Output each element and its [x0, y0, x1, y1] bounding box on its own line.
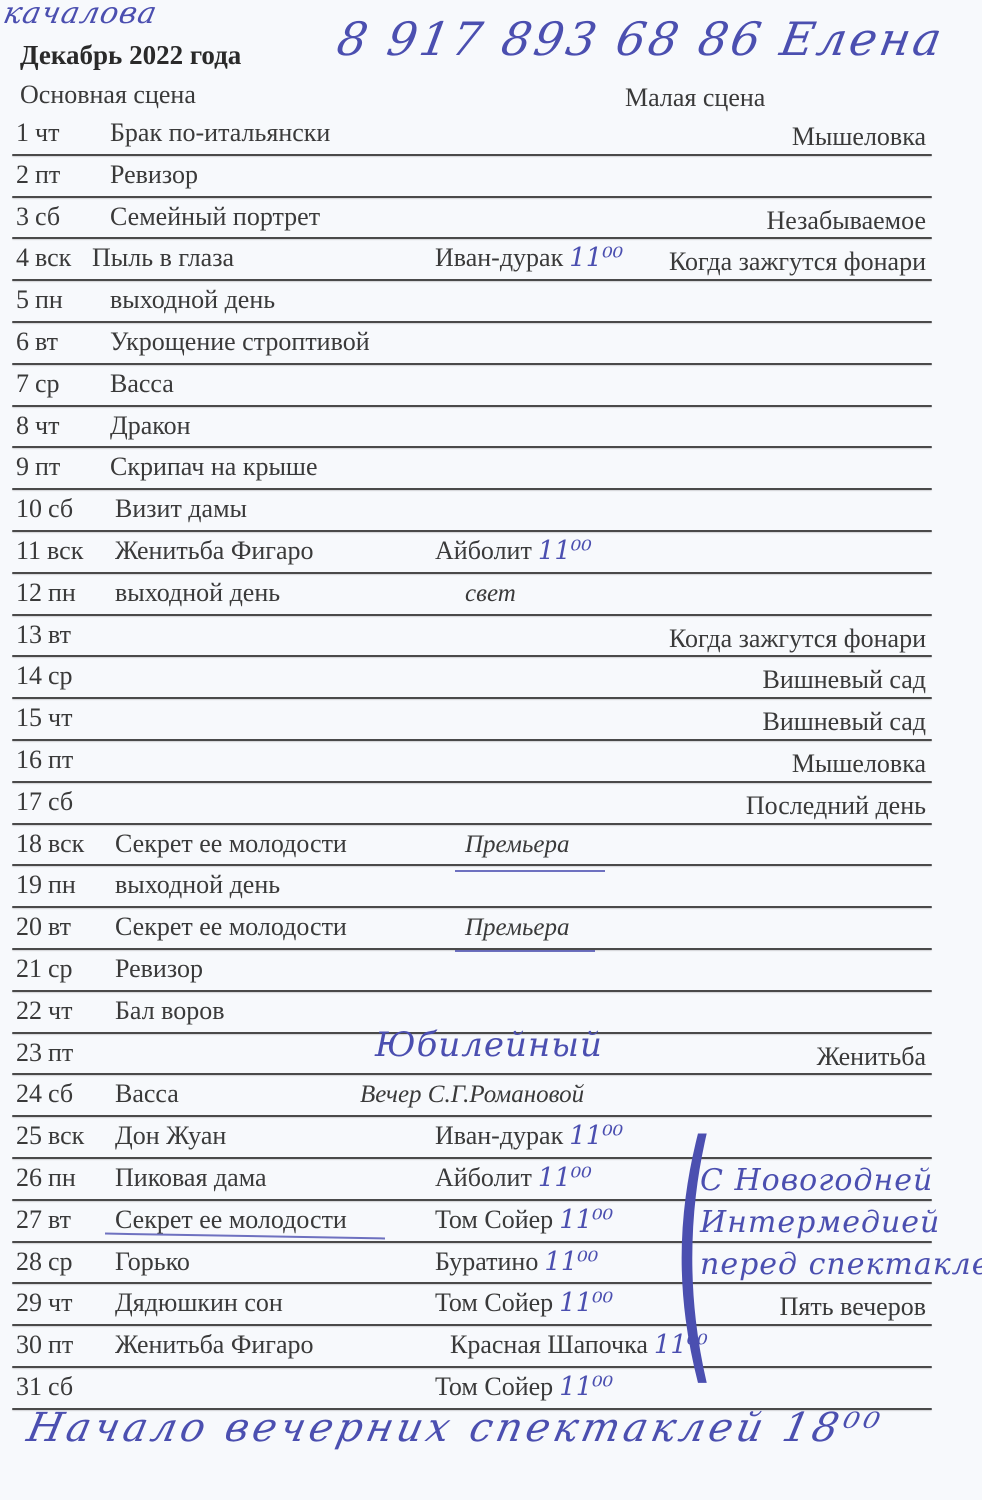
show-note: Премьера	[465, 914, 569, 942]
note-line: Интермедией	[700, 1202, 982, 1244]
main-stage-show: Брак по-итальянски	[110, 118, 330, 148]
day-cell: 30пт	[16, 1330, 73, 1360]
table-row: 5пнвыходной день	[0, 281, 982, 323]
day-of-week: чт	[35, 411, 59, 440]
main-stage-show: Васса	[110, 369, 174, 399]
day-number: 15	[16, 703, 42, 732]
day-of-week: чт	[48, 703, 72, 732]
day-cell: 27вт	[16, 1205, 71, 1235]
day-cell: 16пт	[16, 745, 73, 775]
table-row: 16птМышеловка	[0, 741, 982, 783]
table-row: 17сбПоследний день	[0, 783, 982, 825]
day-of-week: пт	[48, 1330, 73, 1359]
day-of-week: вт	[48, 620, 71, 649]
main-stage-show: Секрет ее молодости	[115, 912, 347, 942]
day-number: 28	[16, 1247, 42, 1276]
table-row: 10сбВизит дамы	[0, 490, 982, 532]
day-of-week: вт	[48, 1205, 71, 1234]
table-row: 13втКогда зажгутся фонари	[0, 616, 982, 658]
day-number: 24	[16, 1079, 42, 1108]
day-cell: 3сб	[16, 202, 60, 232]
day-number: 7	[16, 369, 29, 398]
table-row: 11вскЖенитьба ФигароАйболит11⁰⁰	[0, 532, 982, 574]
day-cell: 28ср	[16, 1247, 73, 1277]
day-cell: 26пн	[16, 1163, 76, 1193]
small-stage-show: Когда зажгутся фонари	[669, 247, 926, 277]
day-of-week: пн	[48, 870, 76, 899]
main-stage-show: Укрощение строптивой	[110, 327, 370, 357]
handwritten-jubilee: Юбилейный	[375, 1025, 603, 1065]
matinee-show: Буратино11⁰⁰	[435, 1247, 598, 1277]
matinee-time: 11⁰⁰	[538, 536, 592, 566]
matinee-time: 11⁰⁰	[544, 1247, 598, 1277]
matinee-title: Иван-дурак	[435, 243, 563, 272]
main-stage-show: Васса	[115, 1079, 179, 1109]
day-number: 25	[16, 1121, 42, 1150]
main-stage-show: Пиковая дама	[115, 1163, 267, 1193]
day-of-week: пт	[48, 1038, 73, 1067]
premiere-underline	[455, 870, 605, 872]
day-cell: 15чт	[16, 703, 72, 733]
column-header-small-stage: Малая сцена	[625, 83, 765, 113]
day-cell: 6вт	[16, 327, 58, 357]
day-of-week: пн	[48, 578, 76, 607]
small-stage-show: Пять вечеров	[780, 1292, 926, 1322]
main-stage-show: выходной день	[110, 285, 275, 315]
matinee-title: Красная Шапочка	[450, 1330, 648, 1359]
day-of-week: сб	[48, 494, 73, 523]
show-note: свет	[465, 580, 516, 608]
main-stage-show: Женитьба Фигаро	[115, 536, 314, 566]
matinee-time: 11⁰⁰	[559, 1372, 613, 1402]
day-number: 10	[16, 494, 42, 523]
day-cell: 1чт	[16, 118, 59, 148]
table-row: 12пнвыходной деньсвет	[0, 574, 982, 616]
table-row: 18вскСекрет ее молодостиПремьера	[0, 825, 982, 867]
handwritten-phone: 8 917 893 68 86 Елена	[333, 12, 948, 66]
matinee-show: Айболит11⁰⁰	[435, 1163, 592, 1193]
day-of-week: чт	[35, 118, 59, 147]
handwritten-footer: Начало вечерних спектаклей 18⁰⁰	[23, 1405, 887, 1451]
handwritten-right-note: С Новогодней Интермедией перед спектакле…	[700, 1160, 982, 1286]
day-number: 12	[16, 578, 42, 607]
table-row: 15чтВишневый сад	[0, 699, 982, 741]
day-number: 22	[16, 996, 42, 1025]
day-number: 1	[16, 118, 29, 147]
day-cell: 24сб	[16, 1079, 73, 1109]
day-number: 14	[16, 661, 42, 690]
matinee-title: Айболит	[435, 1163, 532, 1192]
small-stage-show: Незабываемое	[767, 206, 926, 236]
day-number: 4	[16, 243, 29, 272]
table-row: 4вскПыль в глазаИван-дурак11⁰⁰Когда зажг…	[0, 239, 982, 281]
day-cell: 21ср	[16, 954, 73, 984]
table-row: 31сбТом Сойер11⁰⁰	[0, 1368, 982, 1410]
day-number: 26	[16, 1163, 42, 1192]
day-of-week: сб	[48, 1079, 73, 1108]
day-cell: 7ср	[16, 369, 60, 399]
day-of-week: вск	[35, 243, 71, 272]
matinee-show: Том Сойер11⁰⁰	[435, 1205, 613, 1235]
day-number: 20	[16, 912, 42, 941]
table-row: 19пнвыходной день	[0, 866, 982, 908]
day-number: 31	[16, 1372, 42, 1401]
main-stage-show: Женитьба Фигаро	[115, 1330, 314, 1360]
table-row: 29чтДядюшкин сонТом Сойер11⁰⁰Пять вечеро…	[0, 1284, 982, 1326]
day-number: 3	[16, 202, 29, 231]
day-cell: 31сб	[16, 1372, 73, 1402]
main-stage-show: Ревизор	[115, 954, 203, 984]
day-number: 5	[16, 285, 29, 314]
table-row: 3сбСемейный портретНезабываемое	[0, 198, 982, 240]
day-cell: 2пт	[16, 160, 60, 190]
premiere-underline	[455, 950, 595, 952]
note-line: перед спектаклем	[700, 1244, 982, 1286]
table-row: 20втСекрет ее молодостиПремьера	[0, 908, 982, 950]
day-number: 27	[16, 1205, 42, 1234]
day-cell: 11вск	[16, 536, 83, 566]
main-stage-show: Секрет ее молодости	[115, 1205, 347, 1235]
small-stage-show: Когда зажгутся фонари	[669, 624, 926, 654]
day-of-week: пт	[35, 160, 60, 189]
day-number: 16	[16, 745, 42, 774]
table-row: 7срВасса	[0, 365, 982, 407]
main-stage-show: Секрет ее молодости	[115, 829, 347, 859]
main-stage-show: выходной день	[115, 578, 280, 608]
matinee-time: 11⁰⁰	[538, 1163, 592, 1193]
main-stage-show: Ревизор	[110, 160, 198, 190]
main-stage-show: Визит дамы	[115, 494, 247, 524]
table-row: 24сбВассаВечер С.Г.Романовой	[0, 1075, 982, 1117]
day-of-week: пн	[35, 285, 63, 314]
day-cell: 9пт	[16, 452, 60, 482]
day-number: 6	[16, 327, 29, 356]
day-of-week: сб	[48, 1372, 73, 1401]
main-stage-show: Скрипач на крыше	[110, 452, 318, 482]
table-row: 30птЖенитьба ФигароКрасная Шапочка11⁰⁰	[0, 1326, 982, 1368]
day-of-week: сб	[35, 202, 60, 231]
table-row: 21срРевизор	[0, 950, 982, 992]
main-stage-show: Пыль в глаза	[92, 243, 234, 273]
day-number: 19	[16, 870, 42, 899]
matinee-time: 11⁰⁰	[559, 1288, 613, 1318]
day-of-week: пт	[48, 745, 73, 774]
day-number: 13	[16, 620, 42, 649]
matinee-show: Том Сойер11⁰⁰	[435, 1288, 613, 1318]
table-row: 1чтБрак по-итальянскиМышеловка	[0, 114, 982, 156]
day-of-week: пн	[48, 1163, 76, 1192]
day-of-week: вск	[48, 1121, 84, 1150]
table-row: 8чтДракон	[0, 407, 982, 449]
matinee-show: Иван-дурак11⁰⁰	[435, 1121, 623, 1151]
day-cell: 19пн	[16, 870, 76, 900]
day-of-week: пт	[35, 452, 60, 481]
day-cell: 5пн	[16, 285, 63, 315]
small-stage-show: Вишневый сад	[762, 665, 926, 695]
day-of-week: ср	[48, 1247, 73, 1276]
day-of-week: вск	[47, 536, 83, 565]
day-number: 21	[16, 954, 42, 983]
day-number: 17	[16, 787, 42, 816]
main-stage-show: Бал воров	[115, 996, 225, 1026]
day-number: 11	[16, 536, 41, 565]
day-cell: 18вск	[16, 829, 84, 859]
main-stage-show: Семейный портрет	[110, 202, 320, 232]
day-cell: 25вск	[16, 1121, 84, 1151]
table-row: 6втУкрощение строптивой	[0, 323, 982, 365]
main-stage-show: Дон Жуан	[115, 1121, 226, 1151]
table-row: 9птСкрипач на крыше	[0, 448, 982, 490]
page-title: Декабрь 2022 года	[20, 40, 241, 71]
matinee-show: Иван-дурак11⁰⁰	[435, 243, 623, 273]
matinee-title: Том Сойер	[435, 1205, 553, 1234]
matinee-show: Том Сойер11⁰⁰	[435, 1372, 613, 1402]
matinee-show: Красная Шапочка11⁰⁰	[450, 1330, 708, 1360]
day-cell: 20вт	[16, 912, 71, 942]
day-cell: 10сб	[16, 494, 73, 524]
column-header-main-stage: Основная сцена	[20, 80, 196, 110]
handwritten-name: качалова	[0, 0, 160, 31]
day-of-week: вт	[48, 912, 71, 941]
day-number: 29	[16, 1288, 42, 1317]
matinee-title: Том Сойер	[435, 1372, 553, 1401]
day-cell: 17сб	[16, 787, 73, 817]
day-number: 2	[16, 160, 29, 189]
day-cell: 12пн	[16, 578, 76, 608]
day-of-week: ср	[48, 954, 73, 983]
table-row: 14срВишневый сад	[0, 657, 982, 699]
day-cell: 13вт	[16, 620, 71, 650]
show-note: Премьера	[465, 831, 569, 859]
small-stage-show: Последний день	[746, 791, 926, 821]
show-note: Вечер С.Г.Романовой	[360, 1081, 584, 1109]
matinee-time: 11⁰⁰	[569, 243, 623, 273]
day-number: 30	[16, 1330, 42, 1359]
day-of-week: сб	[48, 787, 73, 816]
day-of-week: вт	[35, 327, 58, 356]
small-stage-show: Мышеловка	[792, 749, 926, 779]
small-stage-show: Вишневый сад	[762, 707, 926, 737]
main-stage-show: Дядюшкин сон	[115, 1288, 283, 1318]
day-of-week: ср	[48, 661, 73, 690]
matinee-time: 11⁰⁰	[569, 1121, 623, 1151]
matinee-title: Том Сойер	[435, 1288, 553, 1317]
matinee-title: Буратино	[435, 1247, 538, 1276]
matinee-time: 11⁰⁰	[559, 1205, 613, 1235]
day-of-week: вск	[48, 829, 84, 858]
day-cell: 22чт	[16, 996, 72, 1026]
day-number: 23	[16, 1038, 42, 1067]
matinee-title: Иван-дурак	[435, 1121, 563, 1150]
day-number: 9	[16, 452, 29, 481]
day-cell: 14ср	[16, 661, 73, 691]
day-cell: 4вск	[16, 243, 71, 273]
main-stage-show: Дракон	[110, 411, 191, 441]
small-stage-show: Мышеловка	[792, 122, 926, 152]
day-number: 8	[16, 411, 29, 440]
day-of-week: чт	[48, 1288, 72, 1317]
day-cell: 29чт	[16, 1288, 72, 1318]
day-cell: 23пт	[16, 1038, 73, 1068]
day-of-week: чт	[48, 996, 72, 1025]
day-cell: 8чт	[16, 411, 59, 441]
small-stage-show: Женитьба	[817, 1042, 926, 1072]
table-row: 2птРевизор	[0, 156, 982, 198]
main-stage-show: выходной день	[115, 870, 280, 900]
note-line: С Новогодней	[700, 1160, 982, 1202]
matinee-show: Айболит11⁰⁰	[435, 536, 592, 566]
day-number: 18	[16, 829, 42, 858]
day-of-week: ср	[35, 369, 60, 398]
matinee-title: Айболит	[435, 536, 532, 565]
table-row: 25вскДон ЖуанИван-дурак11⁰⁰	[0, 1117, 982, 1159]
main-stage-show: Горько	[115, 1247, 190, 1277]
